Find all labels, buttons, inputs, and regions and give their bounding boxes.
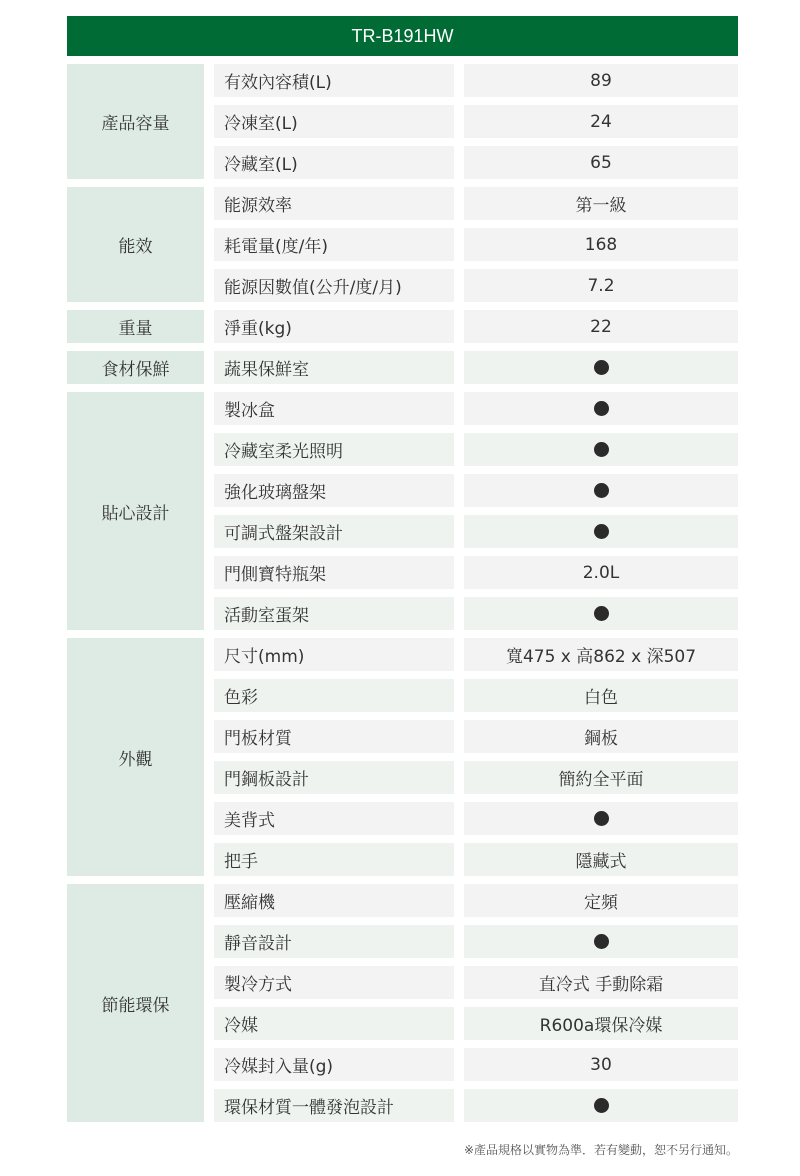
- spec-label: 美背式: [214, 802, 454, 835]
- category-label: 產品容量: [67, 64, 204, 179]
- spec-label: 可調式盤架設計: [214, 515, 454, 548]
- spec-label: 門鋼板設計: [214, 761, 454, 794]
- feature-dot-icon: [594, 524, 609, 539]
- spec-row: 蔬果保鮮室: [214, 351, 738, 384]
- spec-label: 強化玻璃盤架: [214, 474, 454, 507]
- spec-value: 89: [464, 64, 738, 97]
- spec-label: 能源效率: [214, 187, 454, 220]
- spec-value: 白色: [464, 679, 738, 712]
- spec-value: 24: [464, 105, 738, 138]
- spec-label: 門側寶特瓶架: [214, 556, 454, 589]
- spec-row: 門板材質鋼板: [214, 720, 738, 753]
- spec-row: 門側寶特瓶架2.0L: [214, 556, 738, 589]
- spec-group-appearance: 外觀 尺寸(mm)寬475 x 高862 x 深507 色彩白色 門板材質鋼板 …: [67, 638, 738, 876]
- spec-value: 簡約全平面: [464, 761, 738, 794]
- spec-row: 色彩白色: [214, 679, 738, 712]
- spec-value: [464, 351, 738, 384]
- spec-value: 隱藏式: [464, 843, 738, 876]
- spec-label: 冷藏室(L): [214, 146, 454, 179]
- spec-label: 有效內容積(L): [214, 64, 454, 97]
- spec-row: 耗電量(度/年)168: [214, 228, 738, 261]
- spec-label: 製冷方式: [214, 966, 454, 999]
- spec-value: R600a環保冷媒: [464, 1007, 738, 1040]
- spec-label: 冷藏室柔光照明: [214, 433, 454, 466]
- spec-row: 冷藏室柔光照明: [214, 433, 738, 466]
- spec-row: 門鋼板設計簡約全平面: [214, 761, 738, 794]
- spec-row: 製冷方式直冷式 手動除霜: [214, 966, 738, 999]
- spec-row: 把手隱藏式: [214, 843, 738, 876]
- spec-label: 尺寸(mm): [214, 638, 454, 671]
- spec-value: [464, 474, 738, 507]
- spec-row: 強化玻璃盤架: [214, 474, 738, 507]
- feature-dot-icon: [594, 934, 609, 949]
- spec-value: 168: [464, 228, 738, 261]
- spec-value: 寬475 x 高862 x 深507: [464, 638, 738, 671]
- spec-value: 第一級: [464, 187, 738, 220]
- feature-dot-icon: [594, 401, 609, 416]
- spec-row: 環保材質一體發泡設計: [214, 1089, 738, 1122]
- disclaimer-footnote: ※產品規格以實物為準．若有變動，恕不另行通知。: [464, 1141, 738, 1158]
- spec-label: 門板材質: [214, 720, 454, 753]
- spec-row: 冷媒R600a環保冷媒: [214, 1007, 738, 1040]
- spec-value: [464, 1089, 738, 1122]
- spec-label: 耗電量(度/年): [214, 228, 454, 261]
- spec-row: 壓縮機定頻: [214, 884, 738, 917]
- category-label: 食材保鮮: [67, 351, 204, 384]
- spec-row: 有效內容積(L)89: [214, 64, 738, 97]
- spec-row: 冷凍室(L)24: [214, 105, 738, 138]
- spec-value: 7.2: [464, 269, 738, 302]
- spec-group-eco: 節能環保 壓縮機定頻 靜音設計 製冷方式直冷式 手動除霜 冷媒R600a環保冷媒…: [67, 884, 738, 1122]
- category-label: 能效: [67, 187, 204, 302]
- spec-label: 把手: [214, 843, 454, 876]
- spec-value: [464, 433, 738, 466]
- category-label: 節能環保: [67, 884, 204, 1122]
- spec-row: 冷媒封入量(g)30: [214, 1048, 738, 1081]
- spec-label: 冷媒封入量(g): [214, 1048, 454, 1081]
- spec-value: [464, 925, 738, 958]
- feature-dot-icon: [594, 1098, 609, 1113]
- spec-group-freshness: 食材保鮮 蔬果保鮮室: [67, 351, 738, 384]
- feature-dot-icon: [594, 360, 609, 375]
- feature-dot-icon: [594, 606, 609, 621]
- category-label: 外觀: [67, 638, 204, 876]
- model-header: TR-B191HW: [67, 16, 738, 56]
- category-label: 貼心設計: [67, 392, 204, 630]
- spec-value: 直冷式 手動除霜: [464, 966, 738, 999]
- model-title: TR-B191HW: [351, 26, 453, 47]
- category-label: 重量: [67, 310, 204, 343]
- spec-row: 活動室蛋架: [214, 597, 738, 630]
- spec-label: 色彩: [214, 679, 454, 712]
- spec-row: 能源因數值(公升/度/月)7.2: [214, 269, 738, 302]
- feature-dot-icon: [594, 442, 609, 457]
- spec-table: 產品容量 有效內容積(L)89 冷凍室(L)24 冷藏室(L)65 能效 能源效…: [67, 64, 738, 1130]
- spec-label: 能源因數值(公升/度/月): [214, 269, 454, 302]
- spec-row: 製冰盒: [214, 392, 738, 425]
- spec-row: 可調式盤架設計: [214, 515, 738, 548]
- spec-label: 冷凍室(L): [214, 105, 454, 138]
- spec-value: 65: [464, 146, 738, 179]
- spec-value: 鋼板: [464, 720, 738, 753]
- spec-label: 冷媒: [214, 1007, 454, 1040]
- spec-row: 尺寸(mm)寬475 x 高862 x 深507: [214, 638, 738, 671]
- spec-group-efficiency: 能效 能源效率第一級 耗電量(度/年)168 能源因數值(公升/度/月)7.2: [67, 187, 738, 302]
- spec-value: 30: [464, 1048, 738, 1081]
- spec-value: 22: [464, 310, 738, 343]
- spec-label: 淨重(kg): [214, 310, 454, 343]
- spec-label: 製冰盒: [214, 392, 454, 425]
- spec-value: [464, 515, 738, 548]
- spec-value: [464, 597, 738, 630]
- spec-label: 壓縮機: [214, 884, 454, 917]
- spec-label: 蔬果保鮮室: [214, 351, 454, 384]
- spec-row: 能源效率第一級: [214, 187, 738, 220]
- spec-row: 冷藏室(L)65: [214, 146, 738, 179]
- spec-row: 美背式: [214, 802, 738, 835]
- spec-group-thoughtful-design: 貼心設計 製冰盒 冷藏室柔光照明 強化玻璃盤架 可調式盤架設計 門側寶特瓶架2.…: [67, 392, 738, 630]
- spec-value: [464, 392, 738, 425]
- spec-value: 定頻: [464, 884, 738, 917]
- spec-row: 淨重(kg)22: [214, 310, 738, 343]
- spec-value: [464, 802, 738, 835]
- spec-value: 2.0L: [464, 556, 738, 589]
- spec-group-capacity: 產品容量 有效內容積(L)89 冷凍室(L)24 冷藏室(L)65: [67, 64, 738, 179]
- feature-dot-icon: [594, 811, 609, 826]
- spec-row: 靜音設計: [214, 925, 738, 958]
- spec-label: 環保材質一體發泡設計: [214, 1089, 454, 1122]
- spec-group-weight: 重量 淨重(kg)22: [67, 310, 738, 343]
- feature-dot-icon: [594, 483, 609, 498]
- spec-label: 活動室蛋架: [214, 597, 454, 630]
- spec-label: 靜音設計: [214, 925, 454, 958]
